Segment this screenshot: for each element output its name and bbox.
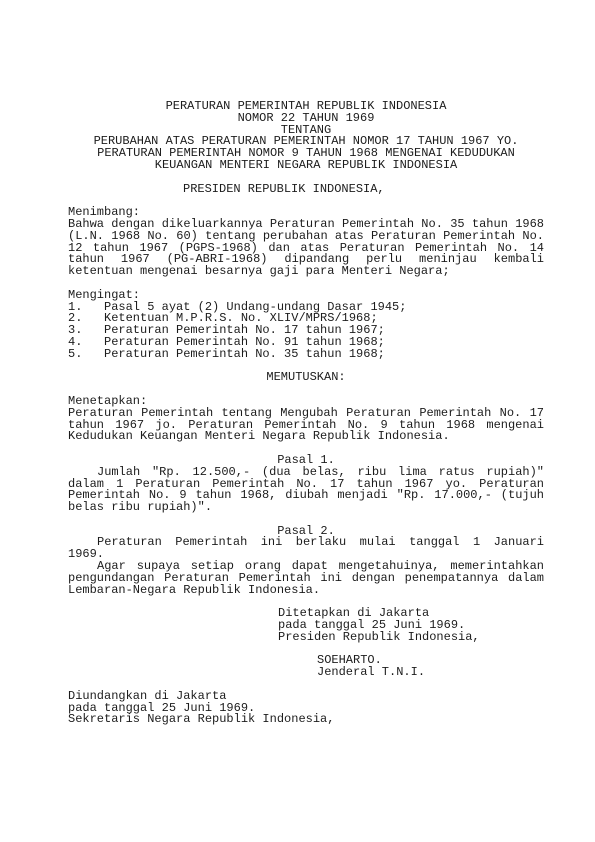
mengingat-item-5: 5. Peraturan Pemerintah No. 35 tahun 196… [68,349,544,361]
enactment-signatory: Presiden Republik Indonesia, [68,632,544,644]
promulgation-signatory: Sekretaris Negara Republik Indonesia, [68,714,544,726]
menetapkan-line-3: Kedudukan Keuangan Menteri Negara Republ… [68,431,544,443]
spacer [68,644,544,656]
salutation: PRESIDEN REPUBLIK INDONESIA, [68,184,544,196]
pasal2-line-5: Lembaran-Negara Republik Indonesia. [68,585,544,597]
document-text-block: PERATURAN PEMERINTAH REPUBLIK INDONESIA … [68,101,544,726]
menimbang-line-5: ketentuan mengenai besarnya gaji para Me… [68,266,544,278]
pasal1-line-4: belas ribu rupiah)". [68,502,544,514]
document-page: PERATURAN PEMERINTAH REPUBLIK INDONESIA … [0,0,595,842]
title-line-6: KEUANGAN MENTERI NEGARA REPUBLIK INDONES… [68,160,544,172]
signature-name: SOEHARTO. [68,655,544,667]
memutuskan-heading: MEMUTUSKAN: [68,372,544,384]
pasal2-line-1: Peraturan Pemerintah ini berlaku mulai t… [68,537,544,549]
signature-rank: Jenderal T.N.I. [68,667,544,679]
